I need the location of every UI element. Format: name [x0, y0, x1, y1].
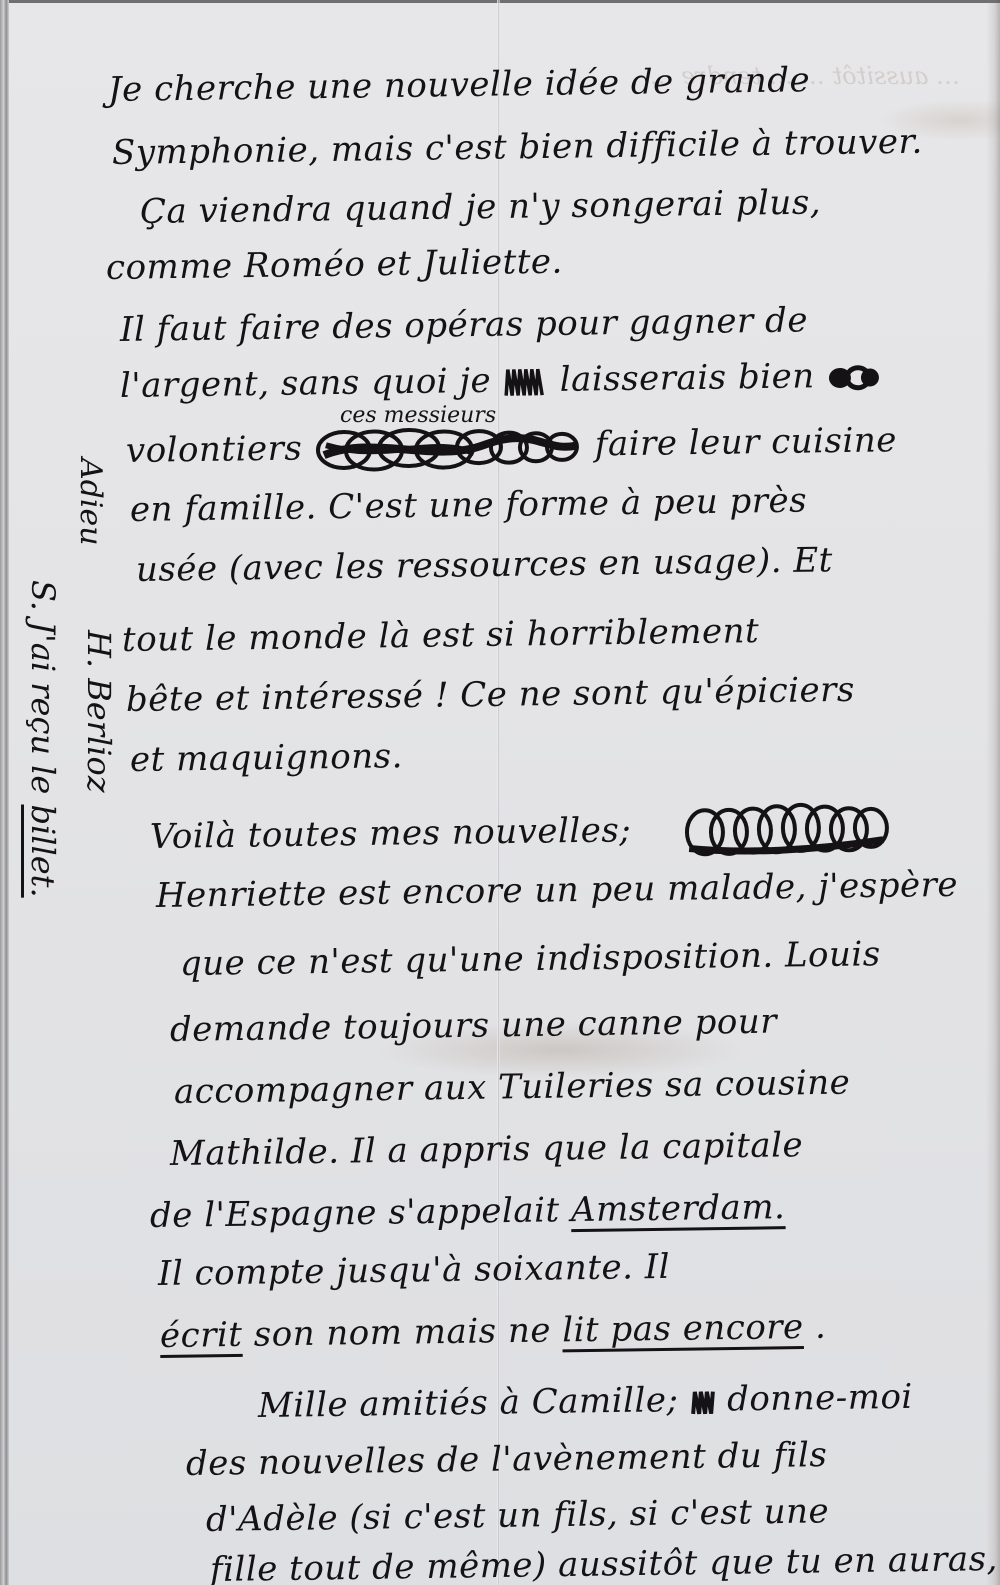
margin-note-postscript: S. J'ai reçu le billet. [24, 580, 62, 898]
line-19-text-before: de l'Espagne s'appelait [150, 1190, 560, 1236]
line-21-underlined-end: lit pas encore [562, 1307, 804, 1350]
letter-line-7: volontiers faire leur cuisine [126, 417, 898, 478]
line-6-text-after: laisserais bien [559, 356, 814, 400]
letter-line-23: des nouvelles de l'avènement du fils [186, 1435, 828, 1484]
letter-page: … aussitôt … … tendre … Je cherche une n… [0, 0, 1000, 1585]
line-13-text-before: Voilà toutes mes nouvelles; [150, 810, 632, 857]
line-6-text-before: l'argent, sans quoi je [120, 361, 492, 406]
letter-line-3: Ça viendra quand je n'y songerai plus, [140, 182, 822, 232]
letter-line-2: Symphonie, mais c'est bien difficile à t… [112, 122, 923, 173]
line-21-underlined-start: écrit [160, 1315, 243, 1356]
letter-line-19: de l'Espagne s'appelait Amsterdam. [150, 1187, 786, 1236]
paper-top-edge [0, 0, 1000, 3]
ink-scribble-deletion-icon [313, 422, 584, 476]
line-21-text-middle: son nom mais ne [253, 1311, 551, 1355]
line-22-text-before: Mille amitiés à Camille; [258, 1380, 679, 1426]
margin-postscript-underlined: billet. [24, 805, 62, 898]
letter-line-16: demande toujours une canne pour [170, 1002, 778, 1050]
margin-postscript-text: S. J'ai reçu le [24, 580, 62, 794]
paper-right-edge [986, 0, 1000, 1585]
letter-line-10: tout le monde là est si horriblement [122, 611, 760, 660]
letter-line-12: et maquignons. [130, 736, 403, 780]
letter-line-8: en famille. C'est une forme à peu près [130, 481, 808, 530]
letter-line-5: Il faut faire des opéras pour gagner de [120, 300, 808, 350]
letter-line-24: d'Adèle (si c'est un fils, si c'est une [206, 1491, 830, 1540]
letter-line-1: Je cherche une nouvelle idée de grande [108, 60, 811, 110]
letter-line-6: l'argent, sans quoi je laisserais bien [120, 355, 882, 406]
letter-line-14: Henriette est encore un peu malade, j'es… [156, 865, 958, 916]
line-19-underlined-word: Amsterdam. [571, 1187, 786, 1230]
letter-line-18: Mathilde. Il a appris que la capitale [170, 1125, 804, 1174]
paper-left-edge [0, 0, 9, 1585]
ink-scribble-deletion-icon [826, 362, 882, 393]
line-7-text-after: faire leur cuisine [595, 420, 898, 464]
margin-note-signature: H. Berlioz [80, 630, 118, 793]
letter-line-21: écrit son nom mais ne lit pas encore . [160, 1307, 827, 1356]
letter-line-22: Mille amitiés à Camille; donne-moi [258, 1377, 913, 1426]
line-7-text-before: volontiers [126, 429, 303, 471]
letter-line-13: Voilà toutes mes nouvelles; [150, 800, 893, 868]
letter-line-4: comme Roméo et Juliette. [106, 242, 563, 288]
letter-line-25: fille tout de même) aussitôt que tu en a… [210, 1539, 998, 1585]
letter-line-15: que ce n'est qu'une indisposition. Louis [180, 934, 881, 984]
letter-line-17: accompagner aux Tuileries sa cousine [174, 1063, 851, 1112]
line-21-text-after: . [815, 1307, 827, 1347]
letter-line-20: Il compte jusqu'à soixante. Il [158, 1247, 671, 1294]
margin-note-adieu: Adieu [73, 458, 108, 546]
letter-line-9: usée (avec les ressources en usage). Et [136, 540, 833, 590]
line-22-text-after: donne-moi [727, 1377, 913, 1420]
ink-scribble-deletion-icon [502, 365, 548, 400]
ink-scribble-deletion-icon [690, 1386, 716, 1418]
ink-scribble-deletion-icon [682, 800, 893, 861]
letter-line-11: bête et intéressé ! Ce ne sont qu'épicie… [126, 670, 855, 720]
